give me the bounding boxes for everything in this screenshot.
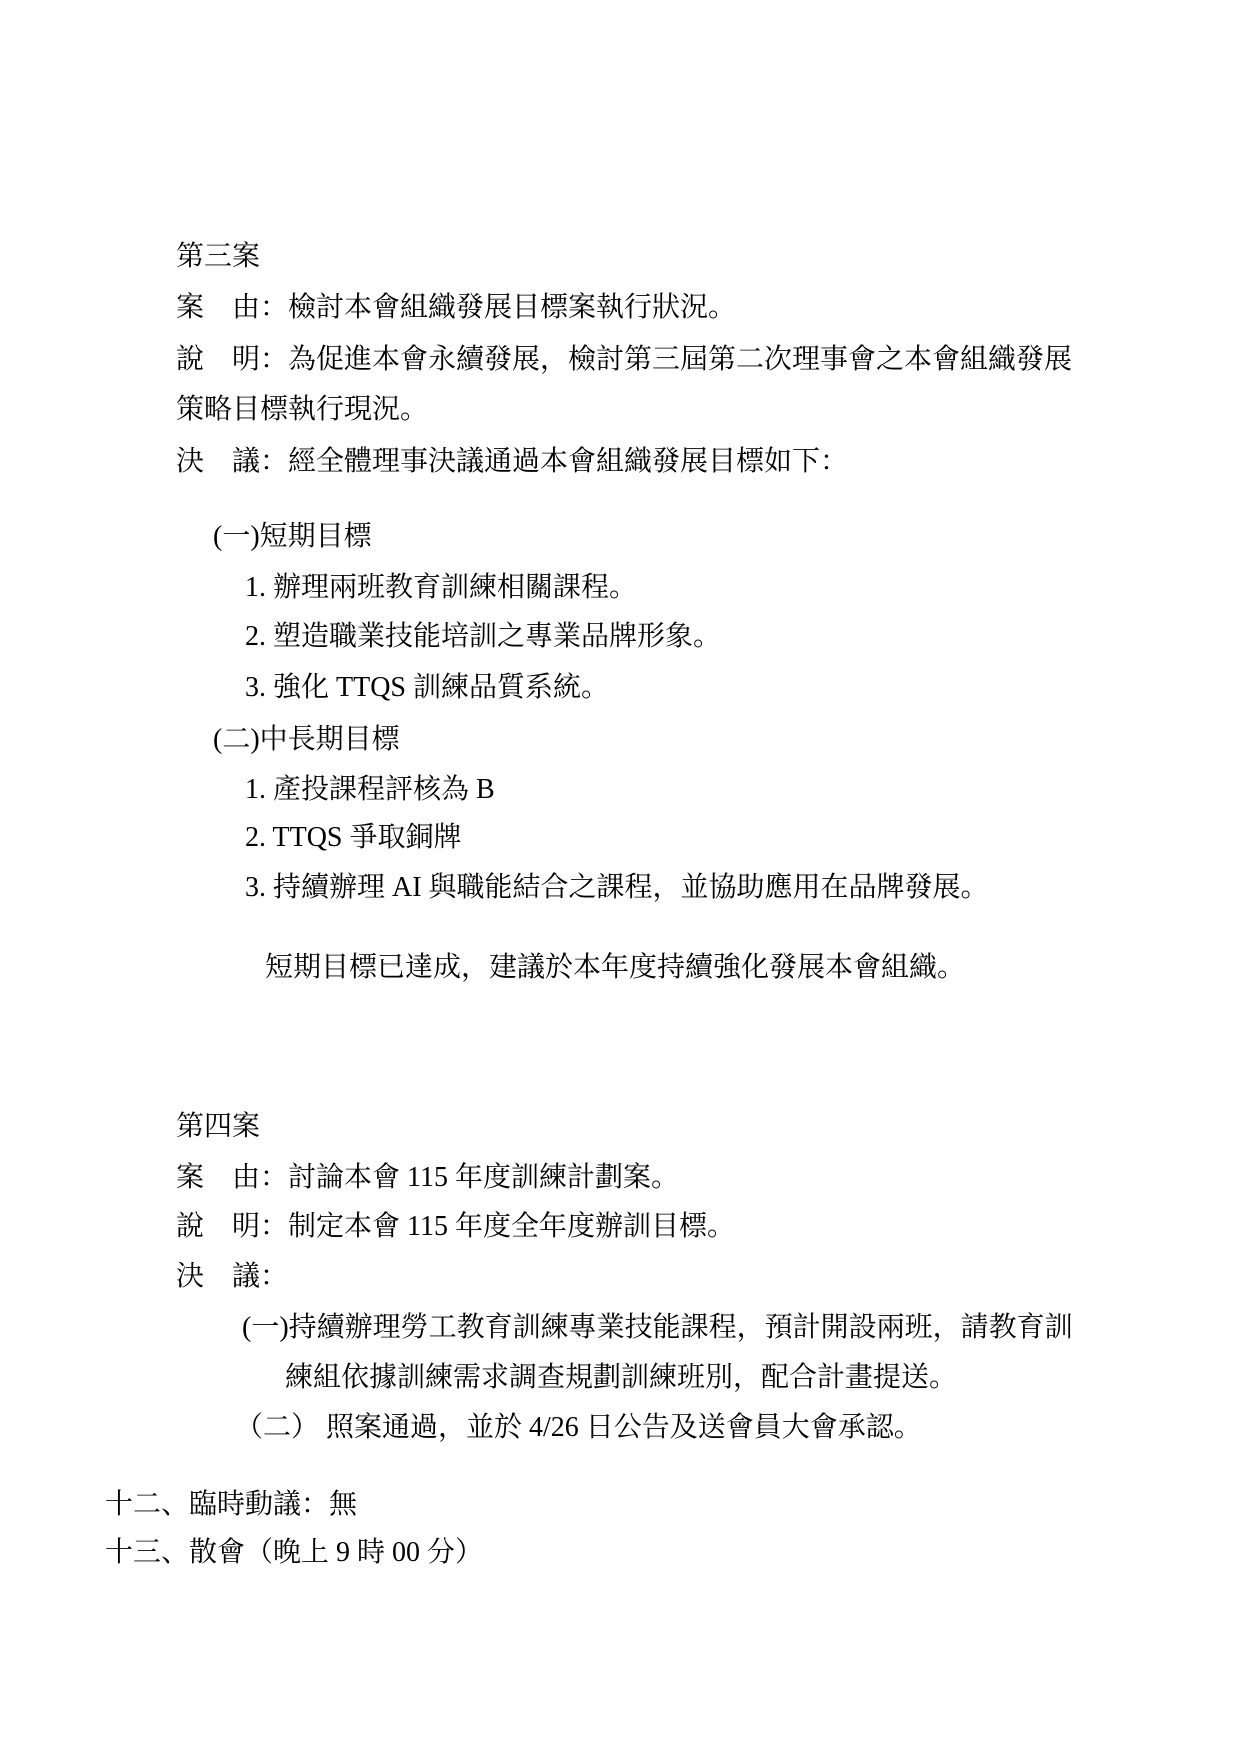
case3-subject: 案 由：檢討本會組織發展目標案執行狀況。 <box>176 283 736 333</box>
case4-item1-line2: 練組依據訓練需求調查規劃訓練班別，配合計畫提送。 <box>285 1353 957 1403</box>
case4-item2: （二） 照案通過，並於 4/26 日公告及送會員大會承認。 <box>235 1403 922 1453</box>
document-page: 第三案 案 由：檢討本會組織發展目標案執行狀況。 說 明：為促進本會永續發展，檢… <box>0 0 1241 1755</box>
case3-explanation-line2: 策略目標執行現況。 <box>176 385 428 435</box>
mid-long-term-item-3: 3. 持續辦理 AI 與職能結合之課程，並協助應用在品牌發展。 <box>245 863 989 913</box>
case4-subject: 案 由：討論本會 115 年度訓練計劃案。 <box>176 1153 679 1203</box>
case3-title: 第三案 <box>176 232 260 282</box>
case3-resolution: 決 議：經全體理事決議通過本會組織發展目標如下： <box>176 437 848 487</box>
mid-long-term-item-1: 1. 產投課程評核為 B <box>245 765 495 815</box>
closing-motions: 十二、臨時動議：無 <box>105 1480 357 1530</box>
case4-resolution-label: 決 議： <box>176 1252 288 1302</box>
case4-item1-line1: (一)持續辦理勞工教育訓練專業技能課程，預計開設兩班，請教育訓 <box>242 1303 1073 1353</box>
short-term-heading: (一)短期目標 <box>213 512 372 562</box>
mid-long-term-heading: (二)中長期目標 <box>213 715 400 765</box>
case4-title: 第四案 <box>176 1102 260 1152</box>
closing-adjournment: 十三、散會（晚上 9 時 00 分） <box>105 1528 483 1578</box>
short-term-item-3: 3. 強化 TTQS 訓練品質系統。 <box>245 663 609 713</box>
case3-explanation-line1: 說 明：為促進本會永續發展，檢討第三屆第二次理事會之本會組織發展 <box>176 335 1072 385</box>
case3-note: 短期目標已達成，建議於本年度持續強化發展本會組織。 <box>265 943 965 993</box>
mid-long-term-item-2: 2. TTQS 爭取銅牌 <box>245 813 462 863</box>
case4-explanation: 說 明：制定本會 115 年度全年度辦訓目標。 <box>176 1202 735 1252</box>
short-term-item-1: 1. 辦理兩班教育訓練相關課程。 <box>245 563 637 613</box>
short-term-item-2: 2. 塑造職業技能培訓之專業品牌形象。 <box>245 612 721 662</box>
